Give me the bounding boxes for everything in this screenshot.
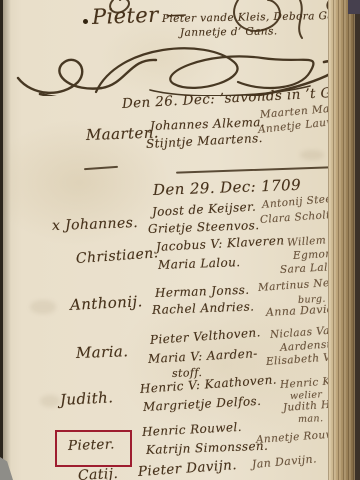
ink-blot [83, 19, 88, 24]
record-parent-line: Pieter Velthoven. [150, 325, 262, 347]
record-witness-line: man. [298, 413, 324, 425]
record-parent-line: Margrietje Delfos. [143, 394, 262, 414]
header-detail-line: Jannetje d’ Gans. [180, 25, 278, 39]
record-parent-line: Johannes Alkema. [150, 115, 265, 133]
record-parent-line: Henric Rouwel. [142, 420, 243, 439]
paper-smudge [30, 300, 56, 314]
record-parent-line: Grietje Steenvos. [148, 218, 260, 236]
date-heading: Den 29. Dec: 1709 [153, 176, 302, 199]
record-parent-line: Maria Lalou. [158, 255, 241, 272]
ink-divider [176, 166, 330, 173]
record-parent-line: Stijntje Maartens. [146, 131, 264, 151]
record-child-name: Judith. [60, 388, 114, 409]
record-parent-line: Henric V: Kaathoven. [140, 372, 278, 396]
paper-smudge [300, 150, 324, 160]
record-child-name: Maria. [76, 342, 129, 362]
record-child-name: x Johannes. [52, 215, 139, 234]
record-parent-line: Jacobus V: Klaveren [156, 233, 285, 254]
record-child-name: Catij. [78, 466, 119, 480]
record-witness-line: Jan Davijn. [251, 452, 317, 471]
record-parent-line: Katrijn Simonssen. [146, 439, 269, 457]
record-witness-line: Martinus Ner- [258, 276, 340, 294]
highlight-box [55, 430, 132, 467]
record-child-name: Christiaen. [75, 245, 159, 267]
header-detail-line: Pieter vande Kleis, Debora Gans. [162, 10, 351, 25]
ink-divider [84, 166, 118, 170]
paper-smudge [40, 395, 60, 407]
record-parent-line: Pieter Davijn. [137, 457, 237, 480]
manuscript-page: Pieter — Pieter vande Kleis, Debora Gans… [0, 0, 360, 480]
page-fold-shadow [3, 0, 11, 480]
record-parent-line: Rachel Andries. [152, 299, 255, 317]
record-child-name: Anthonij. [70, 292, 144, 314]
record-parent-line: Joost de Keijser. [152, 200, 257, 219]
background-corner [348, 0, 360, 14]
record-parent-line: Herman Jonss. [155, 283, 250, 300]
book-edge-shadow [355, 0, 360, 480]
record-parent-line: Maria V: Aarden- [148, 346, 258, 366]
